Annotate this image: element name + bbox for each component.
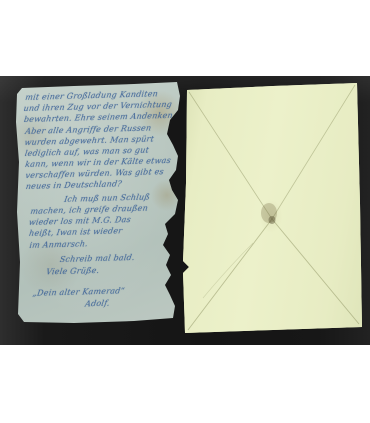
handwriting-line: Viele Grüße. xyxy=(45,266,100,278)
minor-crease xyxy=(203,243,253,298)
handwriting-signature: Adolf. xyxy=(84,299,110,310)
handwriting-line: Schreib mal bald. xyxy=(59,253,135,265)
handwriting-line: „Dein alter Kamerad“ xyxy=(32,286,126,299)
handwriting-line: heißt, Iwan ist wieder xyxy=(28,226,123,239)
handwritten-letter: mit einer Großladung Kanditen und ihren … xyxy=(14,82,180,323)
envelope-back xyxy=(183,83,362,334)
center-smudge-dark xyxy=(269,216,276,224)
handwriting-line: im Anmarsch. xyxy=(29,239,89,251)
handwriting-line: neues in Deutschland? xyxy=(25,179,122,192)
handwriting-block: mit einer Großladung Kanditen und ihren … xyxy=(22,89,180,317)
envelope-fold-creases xyxy=(183,83,362,334)
photo-frame: mit einer Großladung Kanditen und ihren … xyxy=(0,0,370,423)
